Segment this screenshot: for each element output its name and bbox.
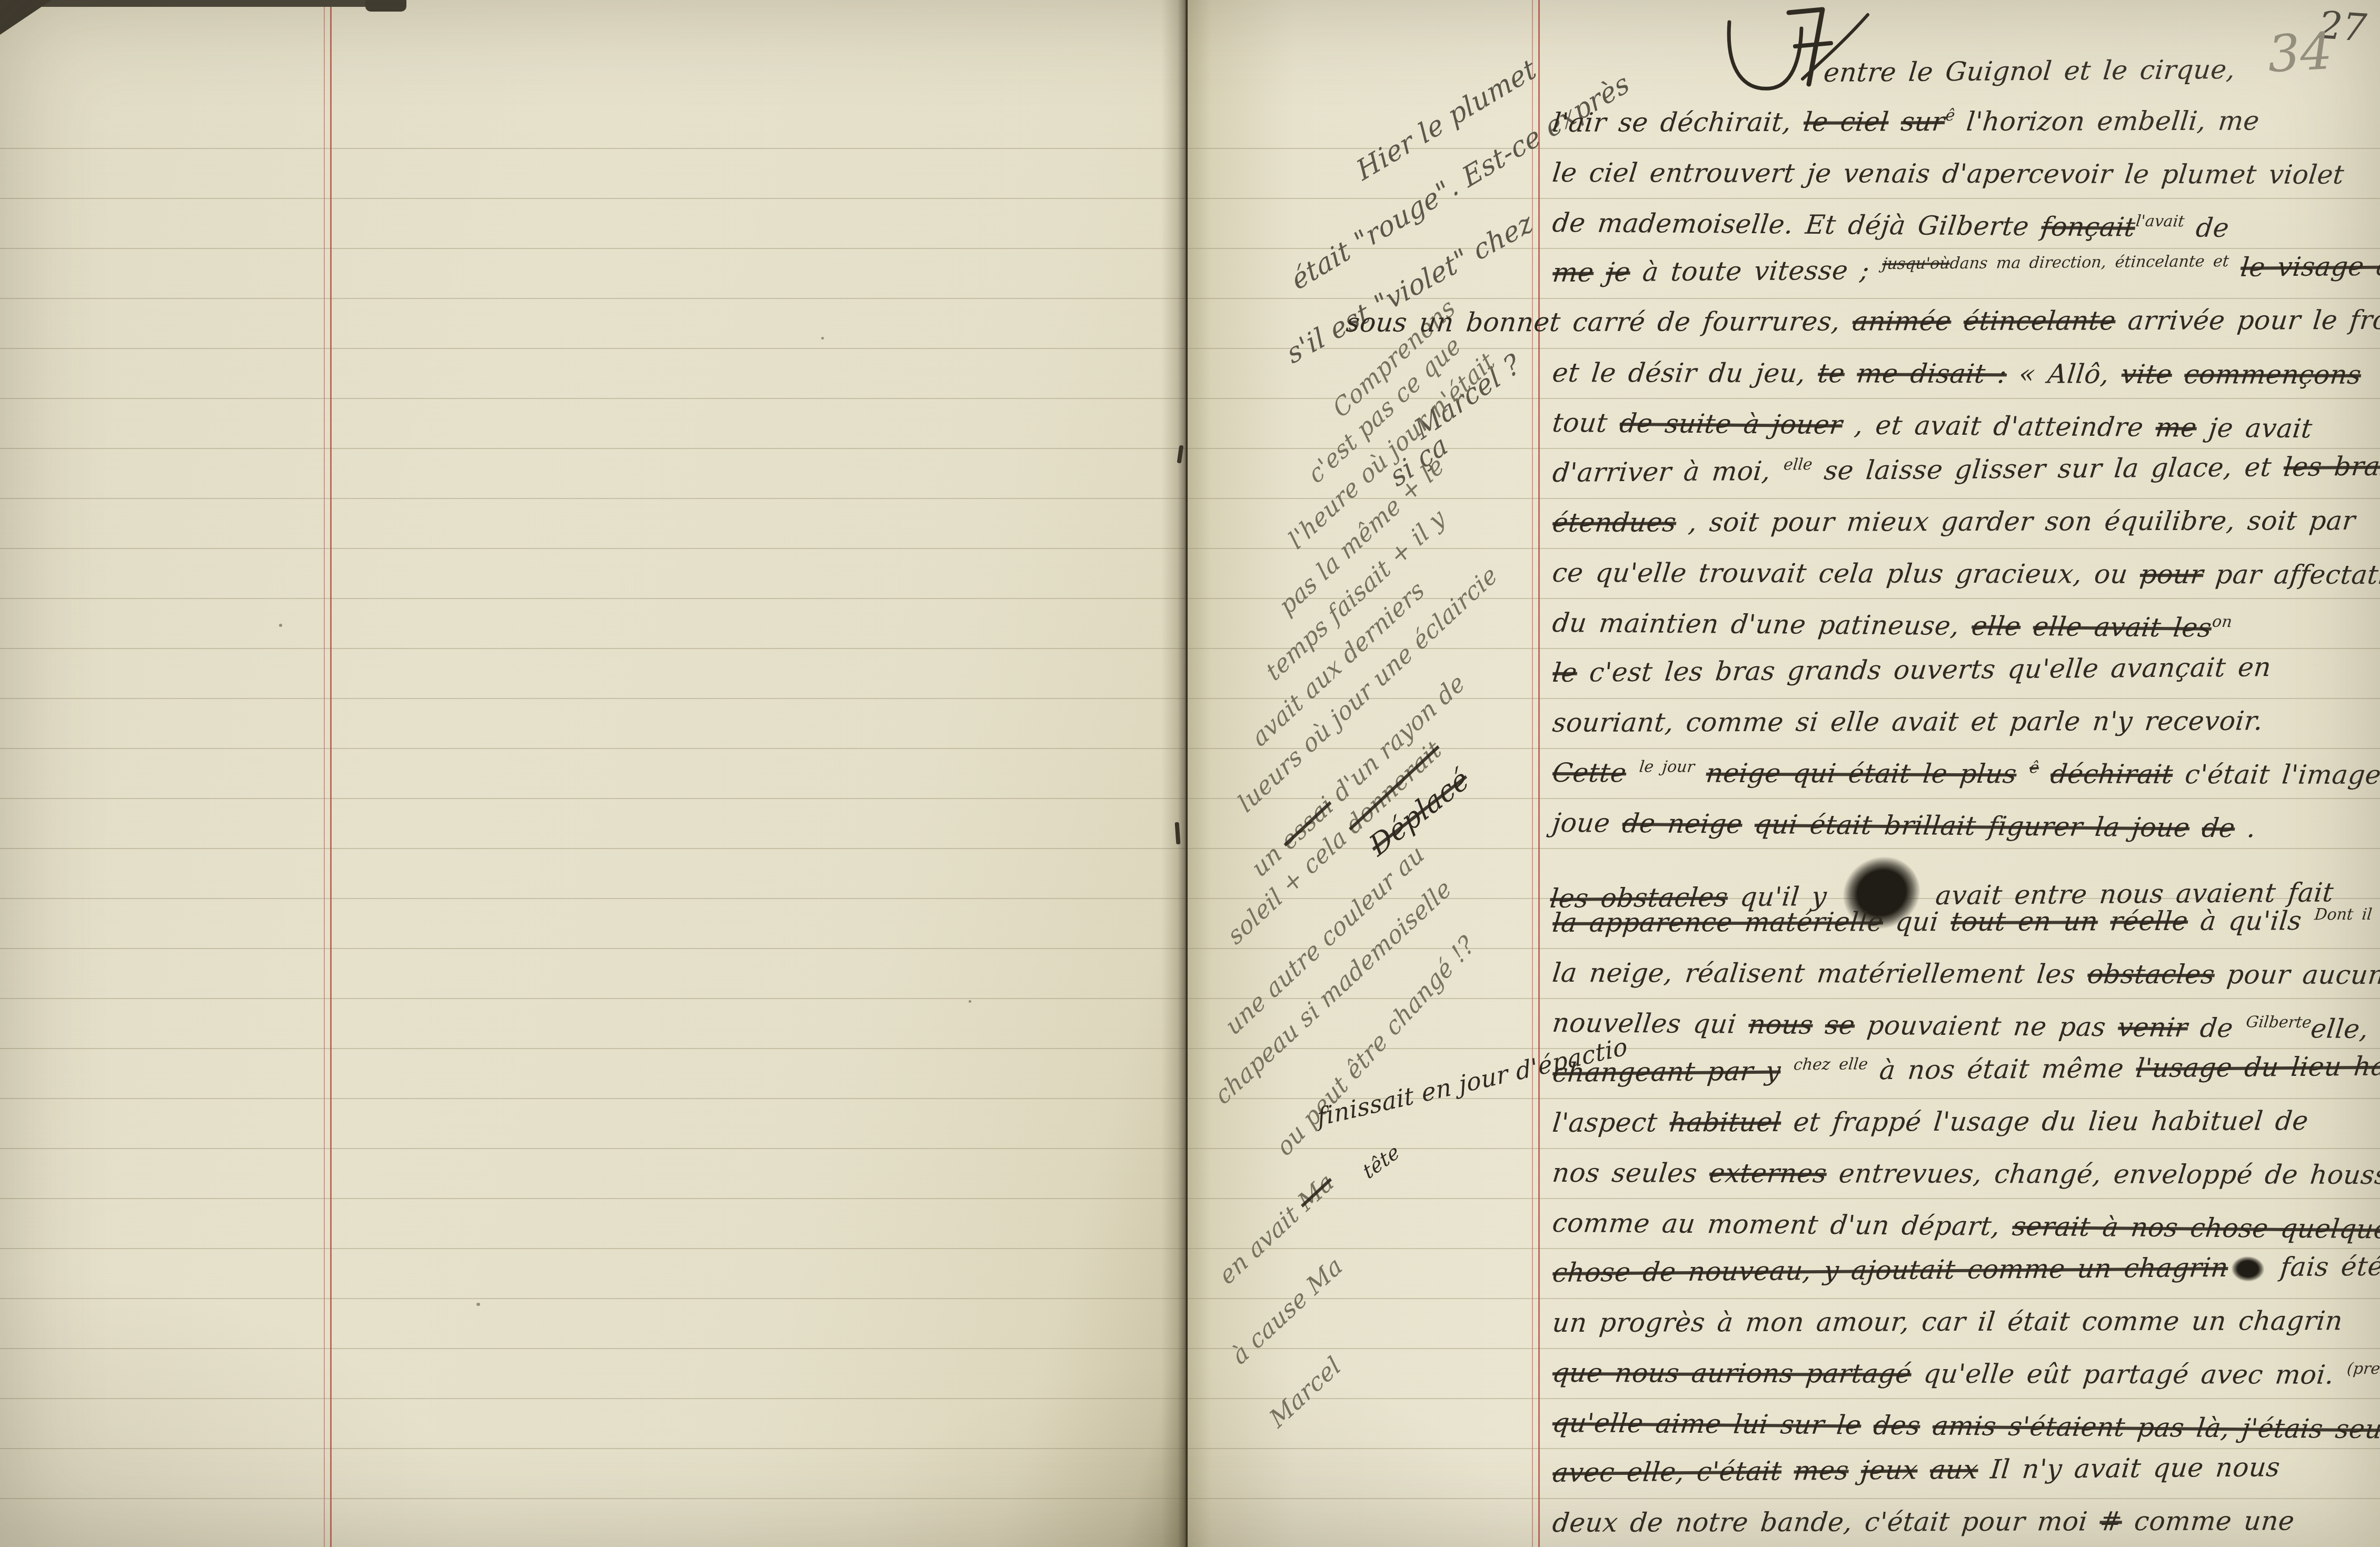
struck-text: obstacles [2086,959,2216,990]
ink-speck [969,1000,971,1003]
struck-text: sur [1899,106,1946,137]
handwritten-text: nouvelles qui [1551,1007,1750,1040]
handwritten-text: comme au moment d'un départ, [1551,1207,2014,1242]
struck-text: qu'elle aime lui sur le [1551,1408,1863,1441]
struck-text: étincelante [1962,305,2117,336]
handwritten-text: elle, [2309,1013,2380,1044]
manuscript-line: le ciel entrouvert je venais d'apercevoi… [1551,159,2345,188]
handwritten-text: d'arriver à moi, [1551,456,1785,488]
handwritten-text: l'aspect [1551,1107,1671,1138]
page-edge-notch [365,0,406,12]
manuscript-line: qu'elle aime lui sur le des amis s'étaie… [1551,1409,2380,1443]
handwritten-text: pouvaient ne pas [1853,1010,2120,1043]
handwritten-text: comme une [2120,1505,2296,1536]
manuscript-line: comme au moment d'un départ, serait à no… [1551,1209,2380,1243]
struck-text: elle [1970,611,2023,642]
ink-speck [821,337,824,340]
handwritten-text: . [2233,813,2257,843]
struck-text: ê [2028,759,2040,777]
struck-text: le visage animé et [2239,250,2380,283]
ink-blot [2228,1254,2268,1284]
struck-text: me disait : [1855,358,2008,390]
struck-text: se [1824,1010,1857,1040]
manuscript-line: l'aspect habituel et frappé l'usage du l… [1551,1107,2310,1136]
handwritten-text: joue [1551,807,1624,839]
red-margin-rule [324,0,332,1547]
manuscript-line: le c'est les bras grands ouverts qu'elle… [1551,653,2273,686]
manuscript-line: étendues , soit pour mieux garder son éq… [1551,507,2357,537]
handwritten-text: l'horizon embelli, me [1953,105,2261,137]
manuscript-line: d'arriver à moi, elle se laisse glisser … [1551,452,2380,486]
ruled-lines [0,99,1186,1547]
interline-insertion: elle [1782,456,1813,474]
struck-text: avec elle, c'était [1551,1456,1783,1488]
handwritten-text: tout [1551,407,1621,438]
struck-text: venir [2116,1012,2189,1043]
handwritten-text: et le désir du jeu, [1551,357,1820,388]
struck-text: me [1551,257,1596,288]
notebook-page-left [0,0,1186,1547]
interline-insertion: ê [1945,106,1956,125]
manuscript-line: de mademoiselle. Et déjà Gilberte fonçai… [1551,209,2230,242]
handwritten-text: un progrès à mon amour, car il était com… [1551,1305,2344,1338]
interline-insertion: Gilberte [2245,1013,2313,1032]
struck-text: de suite à jouer [1618,408,1844,440]
ink-speck [279,624,282,627]
interline-insertion: dans ma direction, étincelante et [1949,252,2230,273]
struck-text: elle avait les [2032,611,2214,643]
struck-text: étendues [1551,507,1678,538]
ink-speck [476,1303,480,1306]
struck-text: # [2098,1506,2124,1536]
handwritten-text: qui [1881,906,1952,937]
handwritten-text: pour aucun [2213,959,2380,990]
struck-text: neige qui était le plus [1705,758,2018,790]
struck-text: je [1605,257,1632,287]
struck-text: nous [1747,1009,1815,1040]
struck-text: aux [1928,1454,1979,1485]
struck-text: pour [2138,559,2205,590]
handwritten-text: « Allô, [2005,358,2123,390]
handwritten-text: je avait [2195,413,2314,444]
manuscript-line: sous un bonnet carré de fourrures, animé… [1345,306,2380,337]
struck-text: vite [2120,359,2174,390]
interline-insertion: l'avait [2135,212,2185,231]
struck-text: la apparence matérielle [1551,906,1885,938]
handwritten-text: entrevues, changé, enveloppé de housses, [1825,1158,2380,1190]
manuscript-line: que nous aurions partagé qu'elle eût par… [1551,1359,2380,1390]
manuscript-line: la apparence matérielle qui tout en un r… [1551,907,2373,937]
handwritten-text [1779,1055,1795,1086]
interline-insertion: (premier) [2346,1360,2380,1378]
handwritten-text: Il n'y avait que nous [1977,1452,2282,1485]
struck-text: déchirait [2049,758,2174,790]
struck-text: Cette [1551,757,1628,788]
manuscript-line: nos seules externes entrevues, changé, e… [1551,1159,2380,1189]
struck-text: tout en un [1949,906,2099,937]
manuscript-line: changeant par y chez elle à nos était mê… [1551,1052,2380,1086]
interline-insertion: chez elle [1793,1055,1868,1074]
struck-text: le [1551,657,1579,688]
struck-text: me [2154,412,2199,443]
handwritten-text: de [2186,1012,2247,1043]
struck-text: les bras [2282,451,2380,482]
handwritten-text: souriant, comme si elle avait et parle n… [1551,705,2264,738]
handwritten-text: la neige, réalisent matériellement les [1551,957,2089,990]
manuscript-line: nouvelles qui nous se pouvaient ne pas v… [1551,1009,2380,1044]
handwritten-text: de mademoiselle. Et déjà Gilberte [1551,207,2043,242]
handwritten-text: par affectation [2202,559,2380,590]
manuscript-line: entre le Guignol et le cirque, [1823,56,2237,87]
handwritten-text: le ciel entrouvert je venais d'apercevoi… [1551,157,2346,190]
manuscript-line: souriant, comme si elle avait et parle n… [1551,707,2265,736]
handwritten-text: l'air se déchirait, [1551,107,1805,138]
handwritten-text: nos seules [1551,1157,1711,1189]
handwritten-text: deux de notre bande, c'était pour moi [1551,1506,2101,1538]
handwritten-text: et frappé l'usage du lieu habituel de [1780,1105,2310,1137]
manuscript-line: et le désir du jeu, te me disait : « All… [1551,359,2363,389]
manuscript-line: ce qu'elle trouvait cela plus gracieux, … [1551,559,2380,589]
handwritten-text: à nos était même [1866,1053,2137,1085]
handwritten-text: se laisse glisser sur la glace, et [1810,452,2285,486]
manuscript-line: joue de neige qui était brillait figurer… [1551,809,2257,842]
handwritten-text: sous un bonnet carré de fourrures, [1345,306,1854,338]
manuscript-line: l'air se déchirait, le ciel surê l'horiz… [1551,107,2261,136]
handwritten-text: fais été faire [2267,1250,2380,1282]
manuscript-line: avec elle, c'était mes jeux aux Il n'y a… [1551,1453,2282,1486]
handwritten-text: qu'elle eût partagé avec moi. [1910,1359,2348,1390]
struck-text: chose de nouveau, y ajoutait comme un ch… [1551,1252,2230,1288]
interline-insertion: on [2211,613,2233,631]
struck-text: qui était brillait figurer la joue [1753,809,2192,843]
struck-text: te [1816,358,1846,388]
interline-insertion: Dont il [2314,905,2373,924]
struck-text: jeux [1859,1455,1919,1486]
manuscript-line: un progrès à mon amour, car il était com… [1551,1307,2344,1336]
manuscript-line: tout de suite à jouer , et avait d'attei… [1551,409,2314,443]
struck-text: l'usage du lieu habituel [2135,1050,2380,1083]
struck-text: mes [1793,1455,1850,1486]
manuscript-line: la neige, réalisent matériellement les o… [1551,959,2380,989]
struck-text: changeant par y [1551,1056,1782,1088]
struck-text: de neige [1621,808,1744,840]
photo-edge [0,0,406,7]
handwritten-text: à qu'ils [2186,905,2315,936]
manuscript-line: deux de notre bande, c'était pour moi # … [1551,1507,2296,1536]
struck-text: amis s'étaient pas là, j'étais seul [1931,1411,2380,1445]
struck-text: commençons [2183,359,2363,390]
struck-text: fonçait [2039,211,2137,242]
struck-text: animée [1851,306,1953,337]
manuscript-line: du maintien d'une patineuse, elle elle a… [1551,609,2233,642]
handwritten-text: c'est les bras grands ouverts qu'elle av… [1576,652,2273,687]
struck-text: que nous aurions partagé [1551,1358,1913,1389]
handwritten-text: à toute vitesse ; [1629,255,1883,287]
page-number-pencil: 34 [2267,26,2334,79]
handwritten-text: arrivée pour le froid, le retard, [2114,304,2380,336]
handwritten-text: du maintien d'une patineuse, [1551,607,1974,641]
struck-text: le ciel [1802,106,1890,137]
manuscript-line: Cette le jour neige qui était le plus ê … [1551,759,2380,789]
struck-text: jusqu'où [1881,254,1951,273]
handwritten-text: entre le Guignol et le cirque, [1823,54,2237,88]
struck-text: habituel [1668,1107,1783,1138]
handwritten-text: , et avait d'atteindre [1841,410,2158,443]
struck-text: externes [1708,1158,1828,1189]
interline-insertion: le jour [1638,758,1696,776]
handwritten-text: , soit pour mieux garder son équilibre, … [1675,505,2357,537]
handwritten-text: c'était l'image [2171,759,2380,790]
handwritten-text: de [2182,212,2231,243]
struck-text: de [2200,813,2237,843]
struck-text: des [1872,1410,1922,1441]
handwritten-text: ce qu'elle trouvait cela plus gracieux, … [1551,557,2142,590]
manuscript-scan: 27 34 Hier le plumetétait "rouge". Est-c… [0,0,2380,1547]
handwritten-text [1625,757,1640,788]
struck-text: réelle [2109,906,2190,936]
struck-text: serait à nos chose quelque [2011,1211,2380,1245]
